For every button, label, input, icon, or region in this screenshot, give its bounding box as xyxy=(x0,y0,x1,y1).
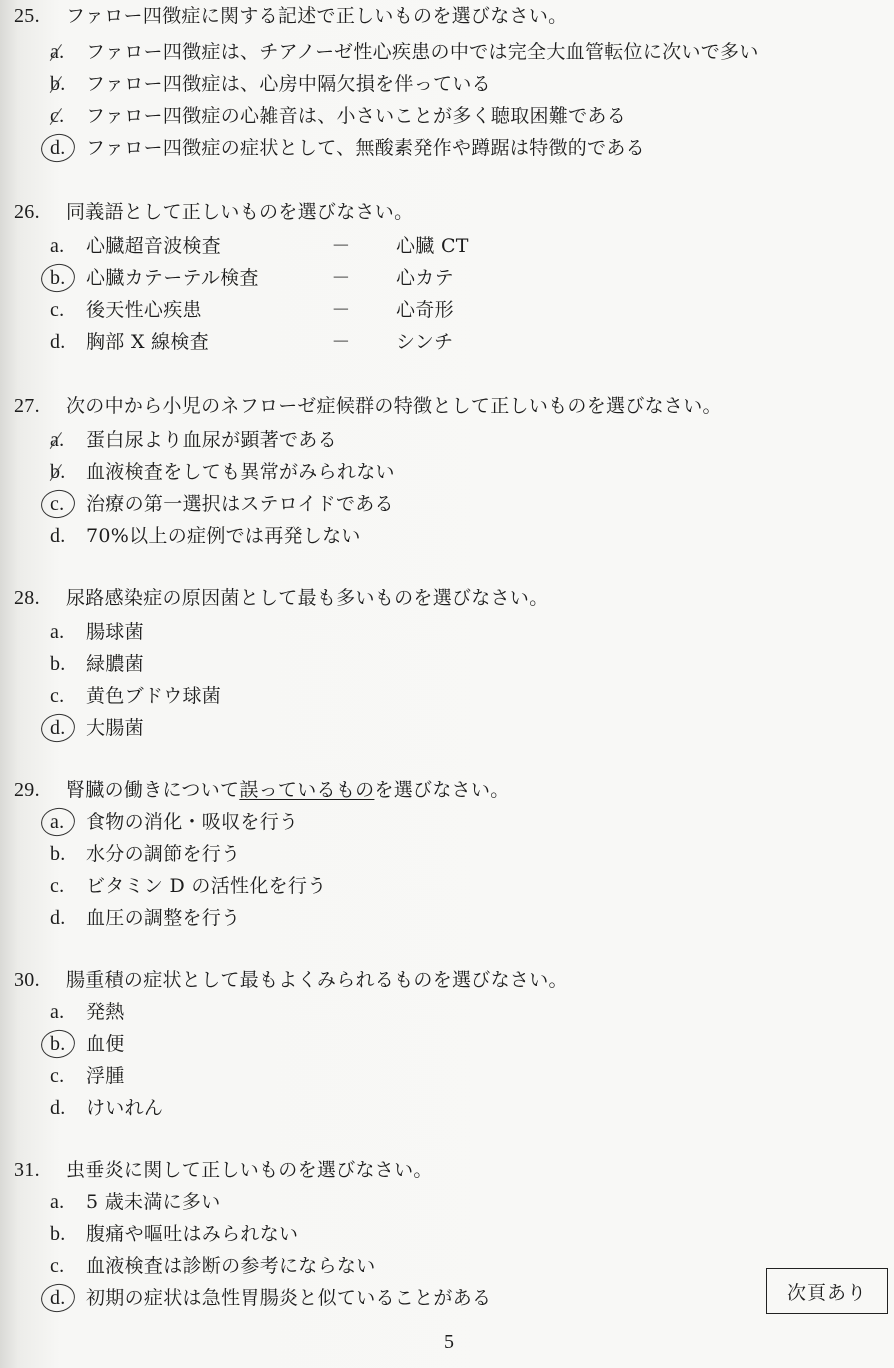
option-text: 初期の症状は急性胃腸炎と似ていることがある xyxy=(86,1282,491,1314)
term-dash: － xyxy=(286,262,396,294)
option-letter: b. xyxy=(50,461,66,483)
option-letter: a. xyxy=(50,1186,86,1218)
option-a: a.5 歳未満に多い xyxy=(50,1186,491,1218)
question-text: 虫垂炎に関して正しいものを選びなさい。 xyxy=(66,1159,433,1181)
option-d: d.70%以上の症例では再発しない xyxy=(50,520,722,552)
option-c: c.治療の第一選択はステロイドである xyxy=(50,488,722,520)
option-text: 血圧の調整を行う xyxy=(86,902,240,934)
option-c: c.ビタミン D の活性化を行う xyxy=(50,870,510,902)
option-text: 水分の調節を行う xyxy=(86,838,240,870)
option-text: 発熱 xyxy=(86,996,125,1028)
options-list: a.発熱 b.血便 c.浮腫 d.けいれん xyxy=(50,996,568,1124)
option-text: 腸球菌 xyxy=(86,616,144,648)
option-text: ファロー四徴症は、心房中隔欠損を伴っている xyxy=(86,68,491,100)
option-text: けいれん xyxy=(86,1092,163,1124)
term-left: 後天性心疾患 xyxy=(86,294,286,326)
option-c: c.黄色ブドウ球菌 xyxy=(50,680,549,712)
question-text: 腸重積の症状として最もよくみられるものを選びなさい。 xyxy=(66,969,568,991)
option-letter: d. xyxy=(50,1287,66,1309)
option-b: b.心臓カテーテル検査－心カテ xyxy=(50,262,469,294)
option-text: 血液検査をしても異常がみられない xyxy=(86,456,395,488)
term-dash: － xyxy=(286,294,396,326)
option-letter: b. xyxy=(50,648,86,680)
question-27: 27.次の中から小児のネフローゼ症候群の特徴として正しいものを選びなさい。 a.… xyxy=(14,394,722,552)
option-d: d.初期の症状は急性胃腸炎と似ていることがある xyxy=(50,1282,491,1314)
term-right: 心奇形 xyxy=(396,299,454,321)
question-stem: 31.虫垂炎に関して正しいものを選びなさい。 xyxy=(14,1158,491,1182)
option-text: 5 歳未満に多い xyxy=(86,1186,221,1218)
option-letter: b. xyxy=(50,267,66,289)
option-letter: c. xyxy=(50,493,64,515)
question-stem: 29.腎臓の働きについて誤っているものを選びなさい。 xyxy=(14,778,510,802)
option-letter: c. xyxy=(50,870,86,902)
option-b: b.腹痛や嘔吐はみられない xyxy=(50,1218,491,1250)
question-stem: 25.ファロー四徴症に関する記述で正しいものを選びなさい。 xyxy=(14,4,759,28)
option-d: d.大腸菌 xyxy=(50,712,549,744)
option-d: d.ファロー四徴症の症状として、無酸素発作や蹲踞は特徴的である xyxy=(50,132,759,164)
option-letter: a. xyxy=(50,429,64,451)
option-letter: b. xyxy=(50,1033,66,1055)
emphasis-underline: 誤っているもの xyxy=(239,779,374,801)
option-letter: a. xyxy=(50,616,86,648)
option-a: a.発熱 xyxy=(50,996,568,1028)
option-text: 治療の第一選択はステロイドである xyxy=(86,488,394,520)
question-number: 31. xyxy=(14,1158,66,1182)
options-list: a.心臓超音波検査－心臓 CT b.心臓カテーテル検査－心カテ c.後天性心疾患… xyxy=(50,230,469,358)
option-text: 蛋白尿より血尿が顕著である xyxy=(86,424,337,456)
option-letter: d. xyxy=(50,902,86,934)
term-left: 胸部 X 線検査 xyxy=(86,326,286,358)
option-c: c.血液検査は診断の参考にならない xyxy=(50,1250,491,1282)
term-right: シンチ xyxy=(396,331,453,353)
options-list: a.蛋白尿より血尿が顕著である b.血液検査をしても異常がみられない c.治療の… xyxy=(50,424,722,552)
option-a: a.蛋白尿より血尿が顕著である xyxy=(50,424,722,456)
option-c: c.後天性心疾患－心奇形 xyxy=(50,294,469,326)
question-number: 30. xyxy=(14,968,66,992)
option-letter: b. xyxy=(50,73,66,95)
option-b: b.水分の調節を行う xyxy=(50,838,510,870)
question-26: 26.同義語として正しいものを選びなさい。 a.心臓超音波検査－心臓 CT b.… xyxy=(14,200,469,358)
page-number: 5 xyxy=(444,1331,454,1354)
option-b: b.血便 xyxy=(50,1028,568,1060)
term-left: 心臓超音波検査 xyxy=(86,230,286,262)
option-letter: d. xyxy=(50,326,86,358)
option-letter: d. xyxy=(50,1092,86,1124)
question-number: 28. xyxy=(14,586,66,610)
option-letter: c. xyxy=(50,1060,86,1092)
option-letter: a. xyxy=(50,41,64,63)
option-d: d.胸部 X 線検査－シンチ xyxy=(50,326,469,358)
question-28: 28.尿路感染症の原因菌として最も多いものを選びなさい。 a.腸球菌 b.緑膿菌… xyxy=(14,586,549,744)
options-list: a.食物の消化・吸収を行う b.水分の調節を行う c.ビタミン D の活性化を行… xyxy=(50,806,510,934)
options-list: a.5 歳未満に多い b.腹痛や嘔吐はみられない c.血液検査は診断の参考になら… xyxy=(50,1186,491,1314)
question-text: 尿路感染症の原因菌として最も多いものを選びなさい。 xyxy=(66,587,549,609)
option-text: 大腸菌 xyxy=(86,712,144,744)
option-letter: a. xyxy=(50,811,64,833)
question-30: 30.腸重積の症状として最もよくみられるものを選びなさい。 a.発熱 b.血便 … xyxy=(14,968,568,1124)
question-text: 腎臓の働きについて誤っているものを選びなさい。 xyxy=(66,779,510,801)
question-29: 29.腎臓の働きについて誤っているものを選びなさい。 a.食物の消化・吸収を行う… xyxy=(14,778,510,934)
option-text: ファロー四徴症は、チアノーゼ性心疾患の中では完全大血管転位に次いで多い xyxy=(86,36,759,68)
option-text: 腹痛や嘔吐はみられない xyxy=(86,1218,298,1250)
option-letter: c. xyxy=(50,1250,86,1282)
option-b: b.血液検査をしても異常がみられない xyxy=(50,456,722,488)
option-text: ビタミン D の活性化を行う xyxy=(86,870,327,902)
question-text: ファロー四徴症に関する記述で正しいものを選びなさい。 xyxy=(66,5,567,27)
option-a: a.腸球菌 xyxy=(50,616,549,648)
question-31: 31.虫垂炎に関して正しいものを選びなさい。 a.5 歳未満に多い b.腹痛や嘔… xyxy=(14,1158,491,1314)
option-a: a.ファロー四徴症は、チアノーゼ性心疾患の中では完全大血管転位に次いで多い xyxy=(50,36,759,68)
options-list: a.腸球菌 b.緑膿菌 c.黄色ブドウ球菌 d.大腸菌 xyxy=(50,616,549,744)
option-letter: d. xyxy=(50,520,86,552)
option-a: a.食物の消化・吸収を行う xyxy=(50,806,510,838)
option-text: 血便 xyxy=(86,1028,125,1060)
term-right: 心臓 CT xyxy=(396,235,469,257)
option-letter: b. xyxy=(50,838,86,870)
exam-page: 25.ファロー四徴症に関する記述で正しいものを選びなさい。 a.ファロー四徴症は… xyxy=(0,0,894,1368)
question-number: 25. xyxy=(14,4,66,28)
option-c: c.ファロー四徴症の心雑音は、小さいことが多く聴取困難である xyxy=(50,100,759,132)
option-text: ファロー四徴症の症状として、無酸素発作や蹲踞は特徴的である xyxy=(86,132,645,164)
option-letter: c. xyxy=(50,105,64,127)
question-text: 次の中から小児のネフローゼ症候群の特徴として正しいものを選びなさい。 xyxy=(66,395,722,417)
term-dash: － xyxy=(286,230,396,262)
next-page-notice: 次頁あり xyxy=(766,1268,888,1314)
question-stem: 30.腸重積の症状として最もよくみられるものを選びなさい。 xyxy=(14,968,568,992)
option-text: 緑膿菌 xyxy=(86,648,144,680)
option-a: a.心臓超音波検査－心臓 CT xyxy=(50,230,469,262)
option-text: 黄色ブドウ球菌 xyxy=(86,680,221,712)
option-letter: c. xyxy=(50,680,86,712)
term-dash: － xyxy=(286,326,396,358)
term-left: 心臓カテーテル検査 xyxy=(86,262,286,294)
option-letter: c. xyxy=(50,294,86,326)
term-right: 心カテ xyxy=(396,267,454,289)
option-text: ファロー四徴症の心雑音は、小さいことが多く聴取困難である xyxy=(86,100,626,132)
option-letter: d. xyxy=(50,717,66,739)
option-d: d.けいれん xyxy=(50,1092,568,1124)
question-number: 26. xyxy=(14,200,66,224)
option-text: 血液検査は診断の参考にならない xyxy=(86,1250,376,1282)
question-number: 27. xyxy=(14,394,66,418)
option-text: 食物の消化・吸収を行う xyxy=(86,806,298,838)
question-stem: 27.次の中から小児のネフローゼ症候群の特徴として正しいものを選びなさい。 xyxy=(14,394,722,418)
option-letter: a. xyxy=(50,230,86,262)
question-stem: 28.尿路感染症の原因菌として最も多いものを選びなさい。 xyxy=(14,586,549,610)
option-b: b.ファロー四徴症は、心房中隔欠損を伴っている xyxy=(50,68,759,100)
question-text: 同義語として正しいものを選びなさい。 xyxy=(66,201,413,223)
question-number: 29. xyxy=(14,778,66,802)
option-letter: d. xyxy=(50,137,66,159)
options-list: a.ファロー四徴症は、チアノーゼ性心疾患の中では完全大血管転位に次いで多い b.… xyxy=(50,36,759,164)
option-b: b.緑膿菌 xyxy=(50,648,549,680)
question-stem: 26.同義語として正しいものを選びなさい。 xyxy=(14,200,469,224)
option-c: c.浮腫 xyxy=(50,1060,568,1092)
option-letter: a. xyxy=(50,996,86,1028)
option-text: 70%以上の症例では再発しない xyxy=(86,520,361,552)
option-letter: b. xyxy=(50,1218,86,1250)
question-25: 25.ファロー四徴症に関する記述で正しいものを選びなさい。 a.ファロー四徴症は… xyxy=(14,4,759,164)
option-text: 浮腫 xyxy=(86,1060,125,1092)
option-d: d.血圧の調整を行う xyxy=(50,902,510,934)
